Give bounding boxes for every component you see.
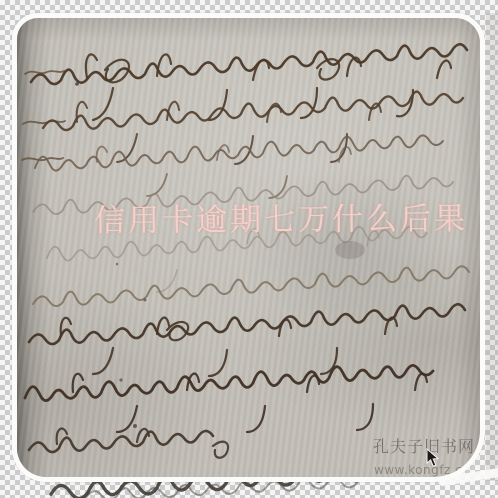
image-edge-remnant: [486, 13, 498, 481]
transparency-checkerboard-background: 信用卡逾期七万什么后果 孔夫子旧书网 www.kongfz.com: [0, 0, 498, 498]
manuscript-handwriting: [17, 18, 480, 477]
watermark-site-name: 孔夫子旧书网: [373, 434, 475, 457]
manuscript-photo[interactable]: 信用卡逾期七万什么后果 孔夫子旧书网 www.kongfz.com: [12, 13, 485, 482]
overlay-title-text: 信用卡逾期七万什么后果: [94, 193, 468, 240]
cursor-icon: [426, 448, 440, 468]
